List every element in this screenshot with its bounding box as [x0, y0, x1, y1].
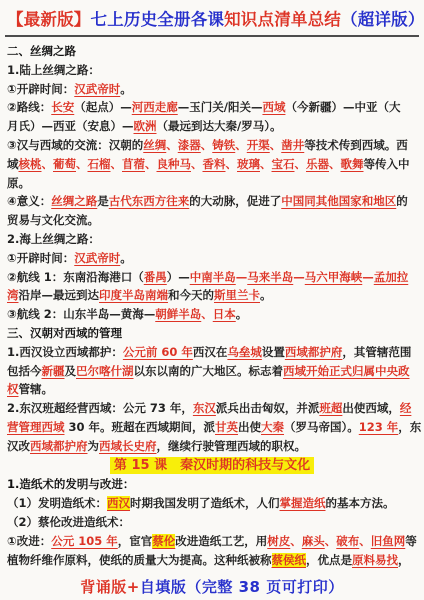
text-line: 三、汉朝对西域的管理 — [7, 324, 417, 343]
text-run: 及 — [65, 364, 77, 378]
key-term-separator: 、 — [359, 534, 371, 548]
text-run: 西汉在 — [193, 345, 228, 359]
text-line: 域核桃、葡萄、石榴、苜蓿、良种马、香料、玻璃、宝石、乐器、歌舞等传入中 — [7, 155, 417, 174]
text-run: 是 — [97, 194, 109, 208]
key-term: 麻头 — [302, 534, 325, 548]
text-run: ②路线： — [7, 100, 51, 114]
text-line: 1.造纸术的发明与改进： — [7, 475, 417, 494]
text-run: ③汉与西域的交流：汉朝的 — [7, 138, 143, 152]
text-run: 派兵出击匈奴，并派 — [216, 401, 320, 415]
text-run: ④意义： — [7, 194, 51, 208]
key-term: 湾 — [7, 288, 19, 302]
document-body: 二、丝绸之路1.陆上丝绸之路：①开辟时间：汉武帝时。②路线：长安（起点）—河西走… — [7, 42, 417, 569]
key-term: 玻璃 — [237, 157, 260, 171]
accent-red-text: 知识点清单总结 — [224, 10, 341, 29]
key-term: 公元前 60 年 — [123, 345, 193, 359]
key-term: 汉武帝时 — [74, 82, 120, 96]
key-term: 营管理西域 — [7, 420, 65, 434]
text-run: ，其管辖范围 — [342, 345, 411, 359]
key-term: 权 — [7, 382, 19, 396]
text-run: 域 — [7, 157, 19, 171]
text-run: ③航线 2：山东半岛—黄海— — [7, 307, 155, 321]
chapter-heading: 第 15 课 秦汉时期的科技与文化 — [7, 456, 417, 476]
text-run: ）— — [167, 270, 190, 284]
key-term-separator: 、 — [270, 138, 282, 152]
key-term-separator: 、 — [260, 157, 272, 171]
text-run: 等技术传到西域。西 — [304, 138, 408, 152]
key-term-separator: 、 — [76, 157, 88, 171]
key-term-separator: — — [293, 270, 305, 284]
key-term: 甘英 — [215, 420, 238, 434]
text-run: 包括今 — [7, 364, 42, 378]
key-term: 破布 — [336, 534, 359, 548]
text-run: 时期我国发明了造纸术，人们 — [130, 496, 280, 510]
key-term: 葡萄 — [53, 157, 76, 171]
text-run: （起点）— — [74, 100, 132, 114]
key-term-separator: 、 — [111, 157, 123, 171]
key-term: 原料易找 — [352, 553, 398, 567]
key-term: 宝石 — [272, 157, 295, 171]
text-line: ④意义：丝绸之路是古代东西方往来的大动脉，促进了中国同其他国家和地区的 — [7, 192, 417, 211]
key-term-separator: 、 — [235, 138, 247, 152]
text-run: 。 — [120, 251, 132, 265]
key-term-separator: 、 — [201, 138, 213, 152]
section-heading-text: 三、汉朝对西域的管理 — [7, 326, 122, 340]
key-term: 汉武帝时 — [74, 251, 120, 265]
text-run: 的大动脉，促进了 — [189, 194, 281, 208]
text-run: ，宦官 — [118, 534, 153, 548]
title-divider — [5, 35, 419, 37]
text-run: （最远到达大秦/罗马）。 — [157, 119, 282, 133]
text-line: 植物纤维作原料，使纸的质量大为提高。这种纸被称蔡侯纸，优点是原料易找， — [7, 551, 417, 570]
key-term: 开渠 — [247, 138, 270, 152]
text-run: （今新疆）—中亚（大 — [285, 100, 400, 114]
key-term: 中国同其他国家和地区 — [281, 194, 396, 208]
text-run: ①改进： — [7, 534, 51, 548]
key-term-separator: 、 — [42, 157, 54, 171]
text-line: 1.西汉设立西域都护：公元前 60 年西汉在乌垒城设置西域都护府，其管辖范围 — [7, 343, 417, 362]
text-line: ①开辟时间：汉武帝时。 — [7, 249, 417, 268]
key-term: 中南半岛 — [190, 270, 236, 284]
key-term: 西域开始正式归属中央政 — [283, 364, 410, 378]
key-term: 良种马 — [157, 157, 192, 171]
text-line: 营管理西域 30 年。班超在西域期间，派甘英出使大秦（罗马帝国）。123 年，东 — [7, 418, 417, 437]
document-page: 【最新版】七上历史全册各课知识点清单总结（超详版） 二、丝绸之路1.陆上丝绸之路… — [0, 0, 424, 600]
text-run: ②航线 1：东南沿海港口（ — [7, 270, 144, 284]
key-term: 班超 — [319, 401, 342, 415]
section-heading-text: 二、丝绸之路 — [7, 44, 76, 58]
accent-blue-text: （超详版） — [341, 10, 424, 29]
key-term: 凿井 — [281, 138, 304, 152]
text-run: 。 — [120, 82, 132, 96]
text-run: 贸易与文化交流。 — [7, 213, 99, 227]
key-term: 马来半岛 — [247, 270, 293, 284]
text-line: 包括今新疆及巴尔喀什湖以东以南的广大地区。标志着西域开始正式归属中央政 — [7, 362, 417, 381]
text-line: 权管辖。 — [7, 380, 417, 399]
key-term: 马六甲海峡 — [305, 270, 363, 284]
key-term: 掌握造纸 — [280, 496, 326, 510]
accent-red-text: 【最新版】 — [7, 10, 91, 29]
text-run: 植物纤维作原料，使纸的质量大为提高。这种纸被称 — [7, 553, 272, 567]
text-line: （2）蔡伦改进造纸术： — [7, 513, 417, 532]
key-term: 树皮 — [267, 534, 290, 548]
key-term: 日本 — [213, 307, 236, 321]
key-term: 斯里兰卡 — [214, 288, 260, 302]
key-term: 孟加拉 — [374, 270, 409, 284]
text-run: 汉改 — [7, 439, 30, 453]
text-run: 。 — [260, 288, 272, 302]
text-run: 2.东汉班超经营西域：公元 73 年， — [7, 401, 193, 415]
text-line: 原。 — [7, 174, 417, 193]
text-line: 月氏）—西亚（安息）—欧洲（最远到达大秦/罗马）。 — [7, 117, 417, 136]
text-run: 的 — [396, 194, 408, 208]
key-term: 苜蓿 — [122, 157, 145, 171]
text-run: 1.陆上丝绸之路： — [7, 63, 100, 77]
key-term: 歌舞 — [341, 157, 364, 171]
key-term: 巴尔喀什湖 — [76, 364, 134, 378]
key-term: 核桃 — [19, 157, 42, 171]
key-term: 古代东西方往来 — [109, 194, 190, 208]
text-run: （罗马帝国）。 — [284, 420, 359, 434]
key-term: 石榴 — [88, 157, 111, 171]
key-term-separator: 、 — [325, 534, 337, 548]
key-term-separator: 、 — [329, 157, 341, 171]
key-term: 香料 — [203, 157, 226, 171]
text-line: ③航线 2：山东半岛—黄海—朝鲜半岛、日本。 — [7, 305, 417, 324]
text-line: 1.陆上丝绸之路： — [7, 61, 417, 80]
key-term: 大秦 — [261, 420, 284, 434]
text-run: 管辖。 — [19, 382, 54, 396]
chapter-heading-text: 第 15 课 秦汉时期的科技与文化 — [110, 457, 314, 474]
key-term-separator: — — [362, 270, 374, 284]
key-term-separator: 、 — [290, 534, 302, 548]
key-term: 新疆 — [42, 364, 65, 378]
text-line: ②路线：长安（起点）—河西走廊—玉门关/阳关—西域（今新疆）—中亚（大 — [7, 98, 417, 117]
text-run: 以东以南的广大地区。标志着 — [134, 364, 284, 378]
key-term: 西域都护府 — [30, 439, 88, 453]
key-term: 西域 — [262, 100, 285, 114]
key-term: 乌垒城 — [227, 345, 262, 359]
accent-blue-text: 七上历史全册各课 — [91, 10, 225, 29]
text-run: ，继续行驶管理西域的职权。 — [157, 439, 307, 453]
text-run: ①开辟时间： — [7, 251, 74, 265]
text-run: （2）蔡伦改进造纸术： — [7, 515, 130, 529]
text-run: ①开辟时间： — [7, 82, 74, 96]
text-run: ，优点是 — [306, 553, 352, 567]
text-run: 和今天的 — [168, 288, 214, 302]
key-term: 丝绸 — [143, 138, 166, 152]
text-line: ②航线 1：东南沿海港口（番禺）—中南半岛—马来半岛—马六甲海峡—孟加拉 — [7, 268, 417, 287]
key-term-separator: 、 — [201, 307, 213, 321]
text-run: 。 — [236, 307, 248, 321]
text-run: 30 年。班超在西域期间，派 — [65, 420, 216, 434]
text-line: 2.海上丝绸之路： — [7, 230, 417, 249]
page-title: 【最新版】七上历史全册各课知识点清单总结（超详版） — [7, 8, 417, 31]
key-term: 番禺 — [144, 270, 167, 284]
text-line: ①改进：公元 105 年，宦官蔡伦改进造纸工艺，用树皮、麻头、破布、旧鱼网等 — [7, 532, 417, 551]
accent-red-text: 背诵版+ — [80, 578, 140, 596]
key-term: 西域都护府 — [285, 345, 343, 359]
key-term: 朝鲜半岛 — [155, 307, 201, 321]
text-line: 二、丝绸之路 — [7, 42, 417, 61]
key-term-separator: — — [236, 270, 248, 284]
text-run: ，东 — [398, 420, 421, 434]
text-run: 出使 — [238, 420, 261, 434]
text-line: 贸易与文化交流。 — [7, 211, 417, 230]
highlighted-term: 蔡侯纸 — [272, 553, 307, 567]
text-run: 等 — [405, 534, 417, 548]
key-term-separator: 、 — [295, 157, 307, 171]
text-line: ①开辟时间：汉武帝时。 — [7, 80, 417, 99]
key-term: 铸铁 — [212, 138, 235, 152]
text-run: （1）发明造纸术： — [7, 496, 107, 510]
text-run: 的基本方法。 — [326, 496, 395, 510]
text-run: 2.海上丝绸之路： — [7, 232, 100, 246]
key-term: 123 年 — [359, 420, 399, 434]
text-run: ， — [398, 553, 410, 567]
text-run: 出使西域， — [342, 401, 400, 415]
highlighted-term: 蔡伦 — [152, 534, 175, 548]
key-term: 漆器 — [178, 138, 201, 152]
key-term: 西域长史府 — [99, 439, 157, 453]
text-line: ③汉与西域的交流：汉朝的丝绸、漆器、铸铁、开渠、凿井等技术传到西域。西 — [7, 136, 417, 155]
text-run: 月氏）—西亚（安息）— — [7, 119, 134, 133]
text-run: 沿岸—最远到达 — [19, 288, 100, 302]
key-term-separator: 、 — [226, 157, 238, 171]
key-term: 河西走廊 — [132, 100, 178, 114]
text-run: 设置 — [262, 345, 285, 359]
key-term: 经 — [400, 401, 412, 415]
accent-blue-text: 自填版（完整 38 页可打印） — [140, 578, 344, 596]
text-run: 等传入中 — [364, 157, 410, 171]
key-term-separator: 、 — [191, 157, 203, 171]
key-term: 东汉 — [193, 401, 216, 415]
key-term: 印度半岛南端 — [99, 288, 168, 302]
text-line: （1）发明造纸术：西汉时期我国发明了造纸术，人们掌握造纸的基本方法。 — [7, 494, 417, 513]
key-term: 乐器 — [306, 157, 329, 171]
key-term: 丝绸之路 — [51, 194, 97, 208]
key-term: 欧洲 — [134, 119, 157, 133]
text-run: 原。 — [7, 176, 30, 190]
key-term: 公元 105 年 — [51, 534, 118, 548]
section-heading-text: 1.造纸术的发明与改进： — [7, 477, 134, 491]
text-run: 为 — [88, 439, 100, 453]
text-line: 湾沿岸—最远到达印度半岛南端和今天的斯里兰卡。 — [7, 286, 417, 305]
text-run: 1.西汉设立西域都护： — [7, 345, 123, 359]
text-line: 2.东汉班超经营西域：公元 73 年，东汉派兵出击匈奴，并派班超出使西域，经 — [7, 399, 417, 418]
key-term: 长安 — [51, 100, 74, 114]
text-run: —玉门关/阳关— — [178, 100, 263, 114]
key-term-separator: 、 — [145, 157, 157, 171]
footer-note: 背诵版+自填版（完整 38 页可打印） — [7, 576, 417, 597]
highlighted-term: 西汉 — [107, 496, 130, 510]
key-term-separator: 、 — [166, 138, 178, 152]
key-term: 旧鱼网 — [371, 534, 406, 548]
text-line: 汉改西域都护府为西域长史府，继续行驶管理西域的职权。 — [7, 437, 417, 456]
text-run: 改进造纸工艺，用 — [175, 534, 267, 548]
